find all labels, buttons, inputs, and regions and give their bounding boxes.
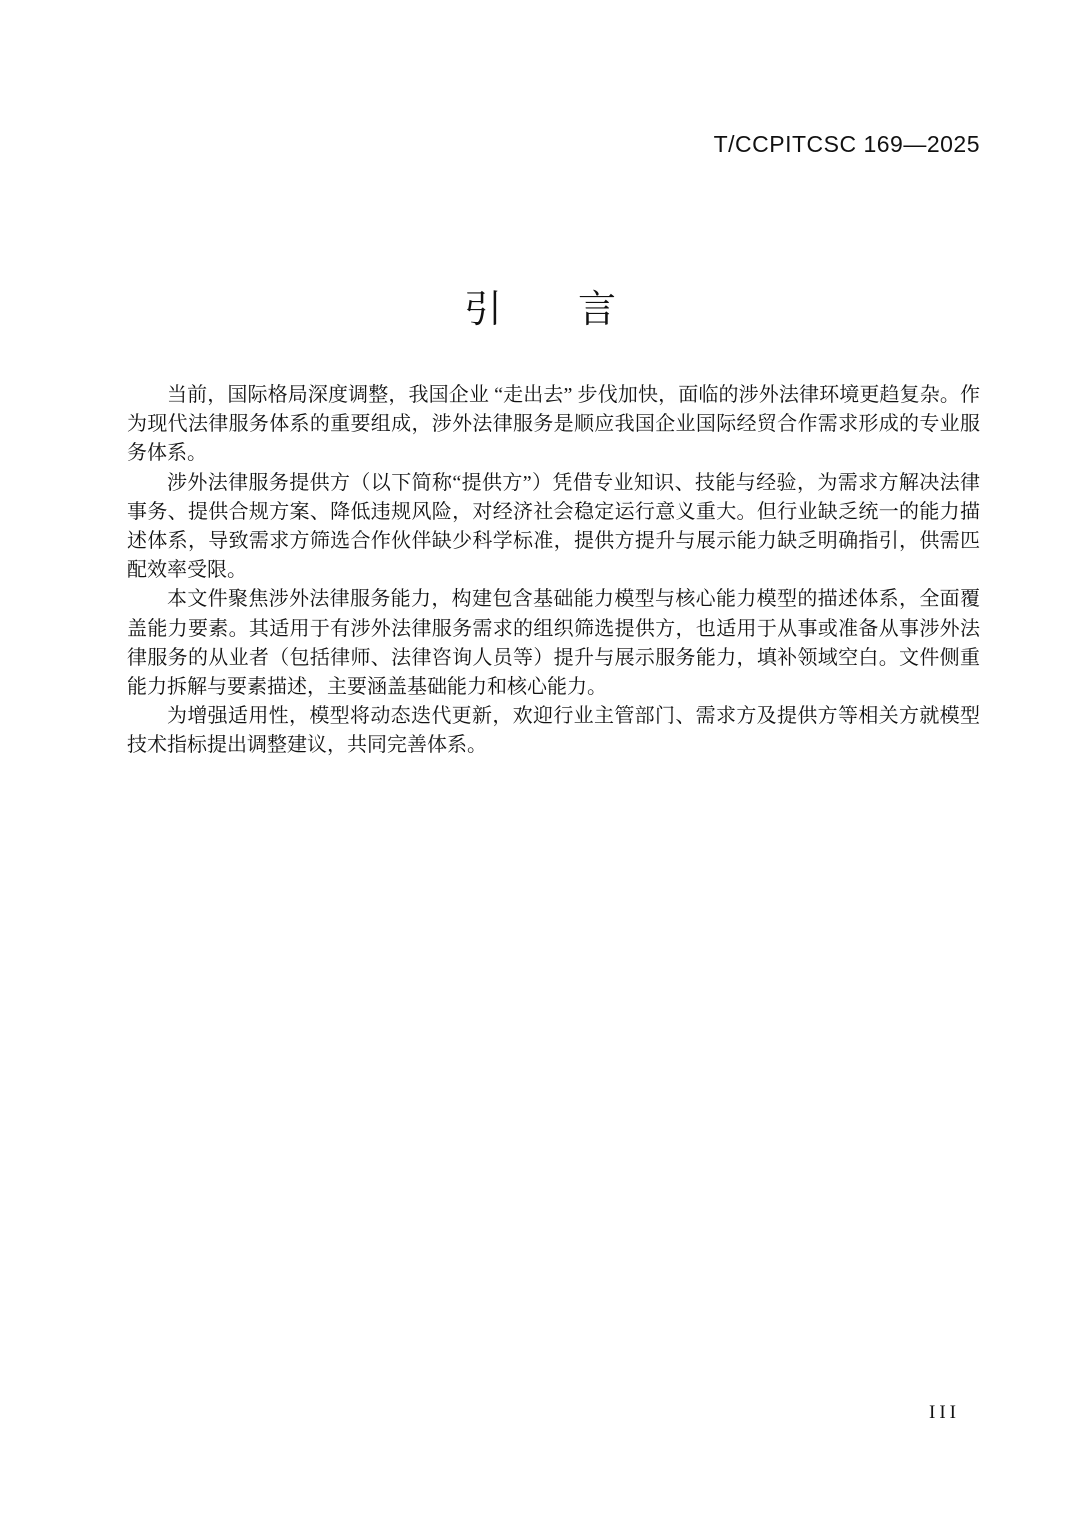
paragraph-4: 为增强适用性，模型将动态迭代更新，欢迎行业主管部门、需求方及提供方等相关方就模型… xyxy=(127,702,980,760)
document-header: T/CCPITCSC 169—2025 xyxy=(0,131,980,158)
body-text: 当前，国际格局深度调整，我国企业 “走出去” 步伐加快，面临的涉外法律环境更趋复… xyxy=(127,381,980,761)
paragraph-1: 当前，国际格局深度调整，我国企业 “走出去” 步伐加快，面临的涉外法律环境更趋复… xyxy=(127,381,980,469)
page-number: III xyxy=(929,1402,960,1424)
paragraph-3: 本文件聚焦涉外法律服务能力，构建包含基础能力模型与核心能力模型的描述体系，全面覆… xyxy=(127,585,980,702)
standard-number: T/CCPITCSC 169—2025 xyxy=(714,131,980,157)
document-page: T/CCPITCSC 169—2025 引 言 当前，国际格局深度调整，我国企业… xyxy=(0,0,1080,1527)
paragraph-2: 涉外法律服务提供方（以下简称“提供方”）凭借专业知识、技能与经验，为需求方解决法… xyxy=(127,469,980,586)
page-title: 引 言 xyxy=(0,278,1080,333)
